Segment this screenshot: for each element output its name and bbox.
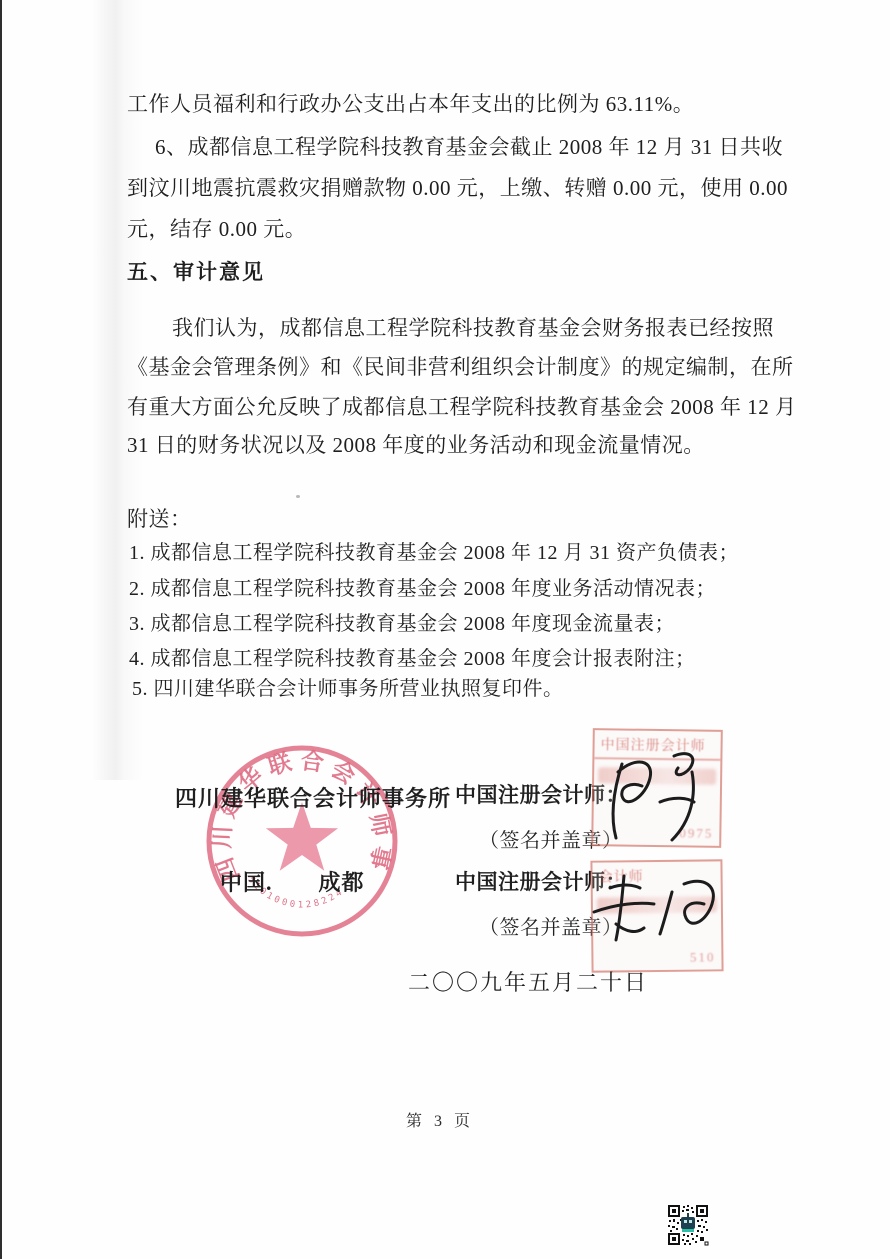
attachment-item-1: 1. 成都信息工程学院科技教育基金会 2008 年 12 月 31 资产负债表； <box>129 536 739 565</box>
qr-code <box>667 1204 709 1246</box>
attachment-item-3: 3. 成都信息工程学院科技教育基金会 2008 年度现金流量表； <box>129 607 675 636</box>
paragraph-6-line-2: 到汶川地震抗震救灾捐赠款物 0.00 元，上缴、转赠 0.00 元，使用 0.0… <box>127 172 788 202</box>
scan-speck <box>296 495 300 498</box>
attachment-item-5: 5. 四川建华联合会计师事务所营业执照复印件。 <box>132 672 564 701</box>
attachment-item-4: 4. 成都信息工程学院科技教育基金会 2008 年度会计报表附注； <box>129 642 696 671</box>
report-date: 二〇〇九年五月二十日 <box>408 966 648 997</box>
signature-2-handwriting <box>586 862 726 957</box>
paragraph-6-line-1: 6、成都信息工程学院科技教育基金会截止 2008 年 12 月 31 日共收 <box>155 131 783 161</box>
firm-name-line: 四川建华联合会计师事务所 <box>175 782 451 813</box>
attachment-item-2: 2. 成都信息工程学院科技教育基金会 2008 年度业务活动情况表； <box>129 572 716 601</box>
opinion-line-3: 有重大方面公允反映了成都信息工程学院科技教育基金会 2008 年 12 月 <box>127 391 797 421</box>
paragraph-expense-ratio: 工作人员福利和行政办公支出占本年支出的比例为 63.11%。 <box>127 88 694 118</box>
attachments-label: 附送： <box>127 503 192 533</box>
scanned-audit-report-page: 工作人员福利和行政办公支出占本年支出的比例为 63.11%。 6、成都信息工程学… <box>0 0 890 1259</box>
firm-location-line: 中国. 成都 <box>220 866 365 897</box>
scan-edge-line <box>0 0 2 1259</box>
paragraph-6-line-3: 元，结存 0.00 元。 <box>127 213 306 243</box>
opinion-line-1: 我们认为，成都信息工程学院科技教育基金会财务报表已经按照 <box>172 312 774 342</box>
opinion-line-4: 31 日的财务状况以及 2008 年度的业务活动和现金流量情况。 <box>127 429 705 459</box>
section-heading-audit-opinion: 五、审计意见 <box>127 256 265 286</box>
opinion-line-2: 《基金会管理条例》和《民间非营利组织会计制度》的规定编制，在所 <box>127 351 794 381</box>
signature-1-handwriting <box>596 744 706 849</box>
page-number: 第 3 页 <box>406 1108 474 1131</box>
firm-circular-seal: 四川建华联合会计师事务所 5101000128224 <box>203 741 401 941</box>
firm-seal-graphic: 四川建华联合会计师事务所 5101000128224 <box>203 741 401 941</box>
